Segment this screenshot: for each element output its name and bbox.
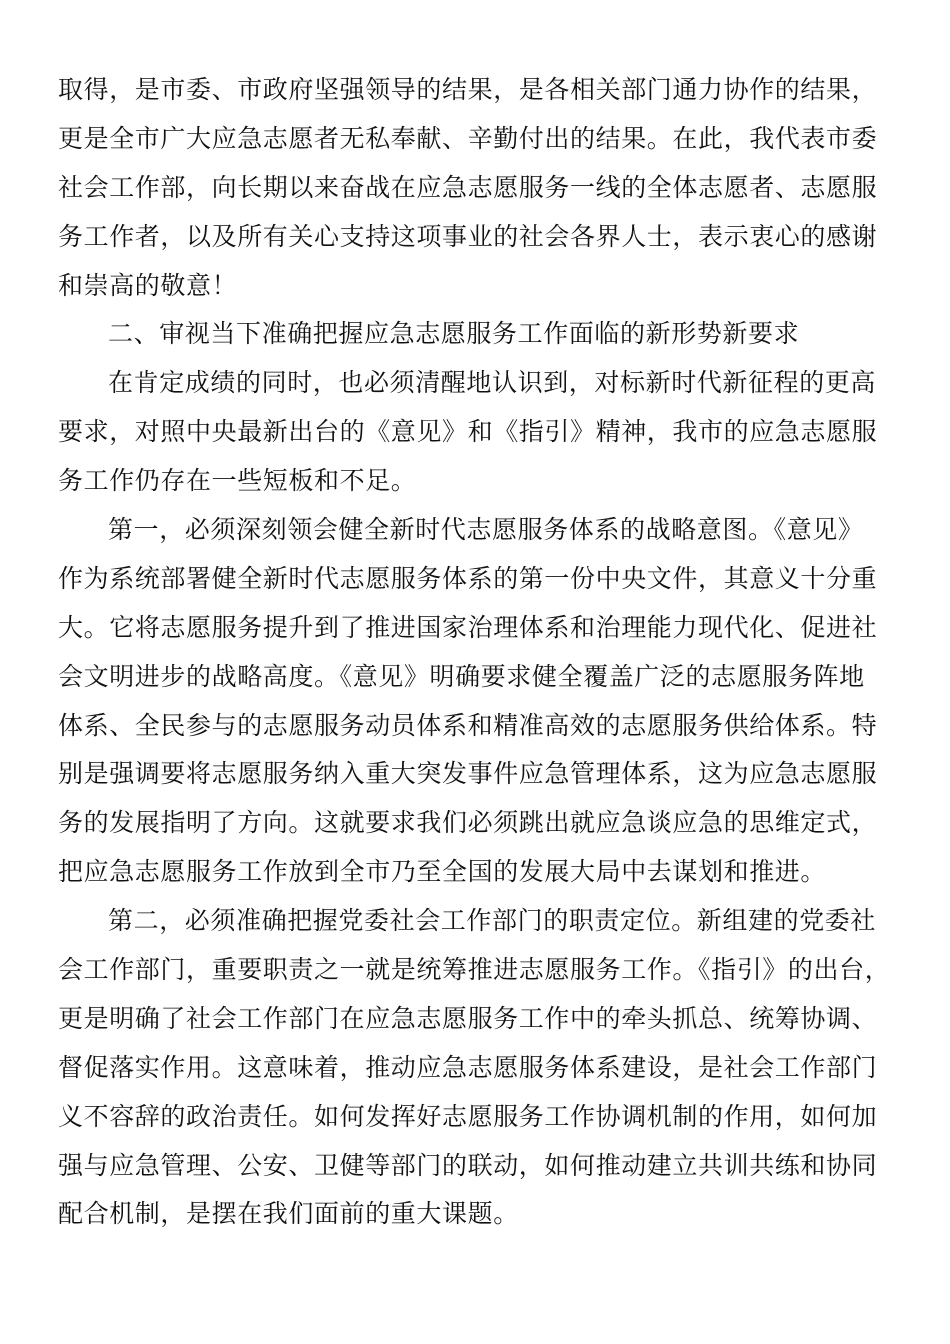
text-line: 体系、全民参与的志愿服务动员体系和精准高效的志愿服务供给体系。特: [58, 702, 888, 751]
text-line: 要求，对照中央最新出台的《意见》和《指引》精神，我市的应急志愿服: [58, 408, 888, 457]
document-page: 取得，是市委、市政府坚强领导的结果，是各相关部门通力协作的结果， 更是全市广大应…: [58, 66, 888, 1239]
paragraph-second: 第二，必须准确把握党委社会工作部门的职责定位。新组建的党委社 会工作部门，重要职…: [58, 897, 888, 1239]
text-line: 配合机制，是摆在我们面前的重大课题。: [58, 1190, 888, 1239]
text-line: 强与应急管理、公安、卫健等部门的联动，如何推动建立共训共练和协同: [58, 1142, 888, 1191]
text-line: 第二，必须准确把握党委社会工作部门的职责定位。新组建的党委社: [58, 897, 888, 946]
text-line: 更是明确了社会工作部门在应急志愿服务工作中的牵头抓总、统筹协调、: [58, 995, 888, 1044]
text-line: 取得，是市委、市政府坚强领导的结果，是各相关部门通力协作的结果，: [58, 66, 888, 115]
text-line: 社会工作部，向长期以来奋战在应急志愿服务一线的全体志愿者、志愿服: [58, 164, 888, 213]
text-line: 和崇高的敬意！: [58, 262, 888, 311]
text-line: 会文明进步的战略高度。《意见》明确要求健全覆盖广泛的志愿服务阵地: [58, 653, 888, 702]
paragraph-thanks: 取得，是市委、市政府坚强领导的结果，是各相关部门通力协作的结果， 更是全市广大应…: [58, 66, 888, 310]
text-line: 把应急志愿服务工作放到全市乃至全国的发展大局中去谋划和推进。: [58, 848, 888, 897]
text-line: 在肯定成绩的同时，也必须清醒地认识到，对标新时代新征程的更高: [58, 359, 888, 408]
text-line: 务工作者，以及所有关心支持这项事业的社会各界人士，表示衷心的感谢: [58, 213, 888, 262]
text-line: 务的发展指明了方向。这就要求我们必须跳出就应急谈应急的思维定式，: [58, 799, 888, 848]
text-line: 别是强调要将志愿服务纳入重大突发事件应急管理体系，这为应急志愿服: [58, 750, 888, 799]
text-line: 义不容辞的政治责任。如何发挥好志愿服务工作协调机制的作用，如何加: [58, 1093, 888, 1142]
text-line: 大。它将志愿服务提升到了推进国家治理体系和治理能力现代化、促进社: [58, 604, 888, 653]
text-line: 务工作仍存在一些短板和不足。: [58, 457, 888, 506]
text-line: 更是全市广大应急志愿者无私奉献、辛勤付出的结果。在此，我代表市委: [58, 115, 888, 164]
heading-text: 二、审视当下准确把握应急志愿服务工作面临的新形势新要求: [58, 310, 888, 359]
section-heading: 二、审视当下准确把握应急志愿服务工作面临的新形势新要求: [58, 310, 888, 359]
text-line: 会工作部门，重要职责之一就是统筹推进志愿服务工作。《指引》的出台，: [58, 946, 888, 995]
text-line: 作为系统部署健全新时代志愿服务体系的第一份中央文件，其意义十分重: [58, 555, 888, 604]
text-line: 第一，必须深刻领会健全新时代志愿服务体系的战略意图。《意见》: [58, 506, 888, 555]
paragraph-intro: 在肯定成绩的同时，也必须清醒地认识到，对标新时代新征程的更高 要求，对照中央最新…: [58, 359, 888, 506]
paragraph-first: 第一，必须深刻领会健全新时代志愿服务体系的战略意图。《意见》 作为系统部署健全新…: [58, 506, 888, 897]
text-line: 督促落实作用。这意味着，推动应急志愿服务体系建设，是社会工作部门: [58, 1044, 888, 1093]
